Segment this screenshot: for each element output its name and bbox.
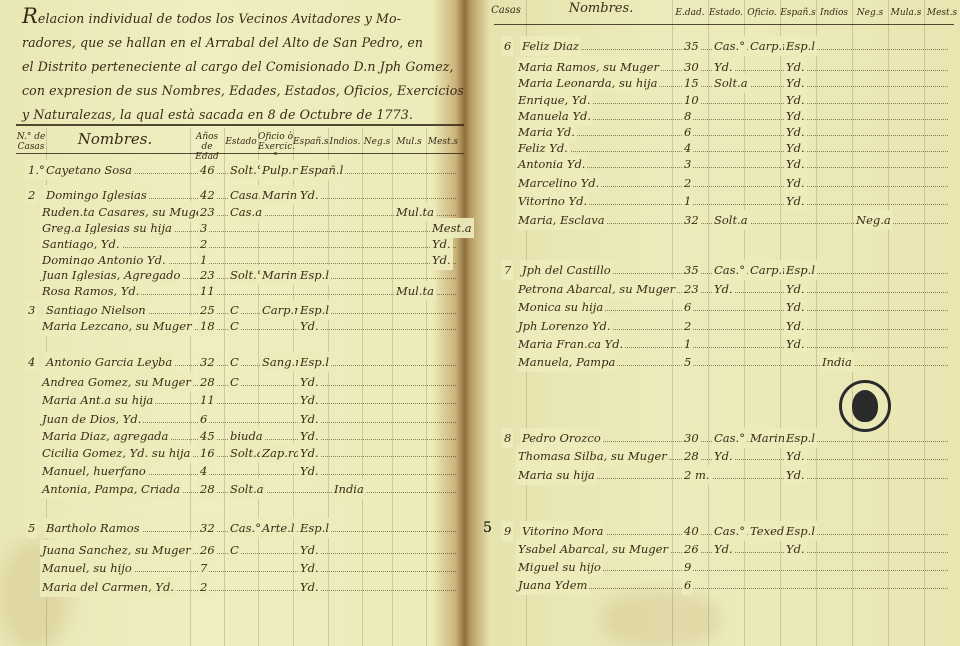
col-header-estado: Estado [224, 137, 258, 147]
cell-age: 46 [198, 160, 217, 180]
cell-civil-status: Solt.a [712, 210, 750, 230]
cell-person-name: Cicilia Gomez, Yd. su hija [40, 443, 192, 463]
cell-indio-mark: India [820, 352, 854, 372]
table-row: Manuel, huerfano4Yd. [0, 461, 470, 481]
table-row: Maria, Esclava32Solt.aNeg.a [486, 210, 960, 230]
cell-person-name: Juana Ydem [516, 575, 589, 595]
table-row: Maria del Carmen, Yd.2Yd. [0, 577, 470, 597]
cell-negro-mark: Neg.a [854, 210, 893, 230]
cell-civil-status: C [228, 316, 241, 336]
cell-espanol-mark: Yd. [784, 191, 807, 211]
cell-espanol-mark: Esp.l [784, 428, 817, 448]
col-header-mulatos: Mul.s [392, 137, 426, 147]
cell-espanol-mark: Yd. [784, 297, 807, 317]
table-row: Maria Fran.ca Yd.1Yd. [486, 334, 960, 354]
cell-person-name: Petrona Abarcal, su Muger [516, 279, 677, 299]
table-row: Maria su hija2 m.Yd. [486, 465, 960, 485]
cell-age: 28 [198, 479, 217, 499]
col-header-oficio: Oficio. [744, 8, 780, 18]
cell-espanol-mark: Yd. [784, 465, 807, 485]
cell-person-name: Antonia Yd. [516, 154, 587, 174]
right-page: Casas Nombres. E.dad. Estado. Oficio. Es… [486, 0, 960, 646]
cell-civil-status: Yd. [712, 446, 735, 466]
cell-person-name: Juana Sanchez, su Muger [40, 540, 193, 560]
cell-age: 26 [198, 540, 217, 560]
col-header-mestizos: Mest.s [924, 8, 960, 18]
cell-age: 32 [682, 210, 701, 230]
coat-of-arms-icon [852, 390, 878, 422]
cell-occupation: Arte.l [260, 518, 297, 538]
col-header-casa: Casas [488, 6, 524, 16]
title-line-4: con expresion de sus Nombres, Edades, Es… [22, 79, 462, 103]
cell-occupation: Zap.ra [260, 443, 302, 463]
cell-espanol-mark: Esp.l [784, 260, 817, 280]
cell-person-name: Monica su hija [516, 297, 605, 317]
table-row: Maria Ant.a su hija11Yd. [0, 390, 470, 410]
table-row: 6Feliz Diaz35Cas.°Carp.roEsp.l [486, 36, 960, 56]
title-line-3: el Distrito perteneciente al cargo del C… [22, 55, 462, 79]
col-header-nombres: Nombres. [60, 134, 170, 144]
cell-civil-status: Yd. [712, 279, 735, 299]
table-row: Manuela, Pampa5India [486, 352, 960, 372]
cell-espanol-mark: Yd. [784, 279, 807, 299]
col-header-oficio: Oficio ò Exercic.° [258, 132, 293, 162]
cell-espanol-mark: Yd. [784, 539, 807, 559]
cell-age: 2 [198, 577, 209, 597]
cell-age: 28 [198, 372, 217, 392]
table-row: Maria Lezcano, su Muger18CYd. [0, 316, 470, 336]
leader-dots [520, 122, 948, 136]
cell-house-number: 6 [502, 36, 513, 56]
table-row: Cicilia Gomez, Yd. su hija16Solt.aZap.ra… [0, 443, 470, 463]
col-header-negros: Neg.s [362, 137, 392, 147]
cell-age: 1 [682, 191, 693, 211]
cell-age: 2 m. [682, 465, 712, 485]
col-header-casa: N.° de Casas [16, 132, 46, 152]
cell-house-number: 9 [502, 521, 513, 541]
cell-age: 28 [682, 446, 701, 466]
archive-stamp [839, 380, 891, 432]
cell-person-name: Maria del Carmen, Yd. [40, 577, 176, 597]
cell-civil-status: Cas.° [712, 36, 747, 56]
gutter-number: 5 [483, 520, 492, 536]
cell-age: 35 [682, 36, 701, 56]
title-line-2: radores, que se hallan en el Arrabal del… [22, 31, 462, 55]
cell-indio-mark: India [332, 479, 366, 499]
cell-espanol-mark: Españ.l [298, 160, 345, 180]
cell-espanol-mark: Yd. [784, 154, 807, 174]
title-initial: R [22, 4, 38, 28]
cell-age: 4 [198, 461, 209, 481]
cell-age: 32 [198, 518, 217, 538]
cell-espanol-mark: Esp.l [784, 36, 817, 56]
cell-person-name: Marcelino Yd. [516, 173, 601, 193]
cell-age: 3 [682, 154, 693, 174]
table-row: Antonia, Pampa, Criada28Solt.aIndia [0, 479, 470, 499]
cell-age: 6 [682, 297, 693, 317]
cell-person-name: Rosa Ramos, Yd. [40, 281, 141, 301]
table-row: 8Pedro Orozco30Cas.°Marin.dEsp.l [486, 428, 960, 448]
col-header-espanoles: Españ.s [780, 8, 816, 18]
cell-espanol-mark: Yd. [298, 461, 321, 481]
cell-age: 1 [682, 334, 693, 354]
cell-person-name: Andrea Gomez, su Muger [40, 372, 193, 392]
table-row: 9Vitorino Mora40Cas.°Texed.rEsp.l [486, 521, 960, 541]
col-header-nombres: Nombres. [546, 4, 656, 14]
cell-civil-status: Cas.° [712, 428, 747, 448]
table-row: Petrona Abarcal, su Muger23Yd.Yd. [486, 279, 960, 299]
cell-age: 6 [682, 575, 693, 595]
cell-espanol-mark: Yd. [298, 540, 321, 560]
cell-person-name: Manuel, su hijo [40, 558, 134, 578]
cell-house-number: 4 [26, 352, 37, 372]
cell-person-name: Maria Fran.ca Yd. [516, 334, 625, 354]
cell-civil-status: Cas.° [712, 521, 747, 541]
col-header-edad: Años de Edad [190, 132, 224, 162]
cell-person-name: Feliz Diaz [520, 36, 581, 56]
cell-person-name: Maria su hija [516, 465, 597, 485]
cell-espanol-mark: Yd. [298, 558, 321, 578]
cell-espanol-mark: Esp.l [784, 521, 817, 541]
cell-espanol-mark: Esp.l [298, 518, 331, 538]
table-row: Andrea Gomez, su Muger28CYd. [0, 372, 470, 392]
cell-person-name: Manuel, huerfano [40, 461, 148, 481]
cell-age: 5 [682, 352, 693, 372]
cell-person-name: Miguel su hijo [516, 557, 603, 577]
cell-espanol-mark: Yd. [298, 577, 321, 597]
table-row: Vitorino Yd.1Yd. [486, 191, 960, 211]
header-rule-bottom [16, 153, 464, 154]
title-line: Relacion individual de todos los Vecinos… [22, 4, 462, 31]
cell-house-number: 5 [26, 518, 37, 538]
col-header-edad: E.dad. [672, 8, 708, 18]
table-row: Thomasa Silba, su Muger28Yd.Yd. [486, 446, 960, 466]
cell-espanol-mark: Yd. [298, 316, 321, 336]
table-row: Ysabel Abarcal, su Muger26Yd.Yd. [486, 539, 960, 559]
cell-age: 18 [198, 316, 217, 336]
cell-person-name: Vitorino Mora [520, 521, 606, 541]
cell-person-name: Maria, Esclava [516, 210, 607, 230]
table-row: 1.°Cayetano Sosa46Solt.°Pulp.roEspañ.l [0, 160, 470, 180]
cell-person-name: Maria Lezcano, su Muger [40, 316, 194, 336]
col-header-estado: Estado. [708, 8, 744, 18]
cell-age: 26 [682, 539, 701, 559]
cell-age: 16 [198, 443, 217, 463]
table-row: Marcelino Yd.2Yd. [486, 173, 960, 193]
cell-espanol-mark: Yd. [784, 173, 807, 193]
cell-espanol-mark: Esp.l [298, 352, 331, 372]
cell-person-name: Cayetano Sosa [44, 160, 134, 180]
cell-age: 11 [198, 281, 217, 301]
table-row: 4Antonio Garcia Leyba32CSang.roEsp.l [0, 352, 470, 372]
cell-espanol-mark: Yd. [784, 316, 807, 336]
col-header-mulatos: Mula.s [888, 8, 924, 18]
leader-dots [520, 138, 948, 152]
document-title: Relacion individual de todos los Vecinos… [22, 4, 462, 127]
header-rule [494, 24, 954, 25]
cell-person-name: Antonia, Pampa, Criada [40, 479, 182, 499]
cell-civil-status: C [228, 540, 241, 560]
table-row: Antonia Yd.3Yd. [486, 154, 960, 174]
cell-house-number: 7 [502, 260, 513, 280]
cell-age: 7 [198, 558, 209, 578]
cell-civil-status: C [228, 372, 241, 392]
cell-person-name: Jph del Castillo [520, 260, 613, 280]
cell-civil-status: Cas.° [712, 260, 747, 280]
cell-age: 2 [682, 173, 693, 193]
title-line-1: elacion individual de todos los Vecinos … [38, 11, 401, 26]
cell-person-name: Vitorino Yd. [516, 191, 589, 211]
cell-espanol-mark: Yd. [784, 446, 807, 466]
header-rule-top [16, 124, 464, 126]
col-header-espanoles: Españ.s [293, 137, 328, 147]
cell-house-number: 8 [502, 428, 513, 448]
cell-age: 35 [682, 260, 701, 280]
col-header-negros: Neg.s [852, 8, 888, 18]
table-row: Monica su hija6Yd. [486, 297, 960, 317]
table-row: Juana Sanchez, su Muger26CYd. [0, 540, 470, 560]
table-row: Manuel, su hijo7Yd. [0, 558, 470, 578]
cell-age: 40 [682, 521, 701, 541]
cell-age: 32 [198, 352, 217, 372]
cell-espanol-mark: Yd. [298, 372, 321, 392]
table-row: Jph Lorenzo Yd.2Yd. [486, 316, 960, 336]
cell-age: 9 [682, 557, 693, 577]
cell-civil-status: Solt.a [228, 479, 266, 499]
cell-person-name: Thomasa Silba, su Muger [516, 446, 669, 466]
table-row: Juana Ydem6 [486, 575, 960, 595]
cell-age: 2 [682, 316, 693, 336]
cell-person-name: Jph Lorenzo Yd. [516, 316, 613, 336]
cell-person-name: Bartholo Ramos [44, 518, 142, 538]
cell-person-name: Maria Ant.a su hija [40, 390, 155, 410]
cell-espanol-mark: Yd. [298, 390, 321, 410]
cell-person-name: Ysabel Abarcal, su Muger [516, 539, 670, 559]
cell-espanol-mark: Yd. [298, 443, 321, 463]
table-row: 5Bartholo Ramos32Cas.°Arte.lEsp.l [0, 518, 470, 538]
cell-person-name: Antonio Garcia Leyba [44, 352, 174, 372]
col-header-indios: Indios [816, 8, 852, 18]
cell-espanol-mark: Yd. [784, 334, 807, 354]
cell-person-name: Manuela, Pampa [516, 352, 617, 372]
cell-mulato-mark: Mul.ta [394, 281, 436, 301]
col-header-indios: Indios. [328, 137, 362, 147]
cell-age: 30 [682, 428, 701, 448]
cell-civil-status: Yd. [712, 539, 735, 559]
left-page: Relacion individual de todos los Vecinos… [0, 0, 470, 646]
table-row: Rosa Ramos, Yd.11Mul.ta [0, 281, 470, 301]
cell-age: 23 [682, 279, 701, 299]
manuscript-spread: Relacion individual de todos los Vecinos… [0, 0, 960, 646]
cell-civil-status: C [228, 352, 241, 372]
col-header-mestizos: Mest.s [426, 137, 460, 147]
table-row: Miguel su hijo9 [486, 557, 960, 577]
cell-person-name: Pedro Orozco [520, 428, 603, 448]
cell-civil-status: Cas.° [228, 518, 263, 538]
cell-age: 11 [198, 390, 217, 410]
table-row: 7Jph del Castillo35Cas.°Carp.roEsp.l [486, 260, 960, 280]
